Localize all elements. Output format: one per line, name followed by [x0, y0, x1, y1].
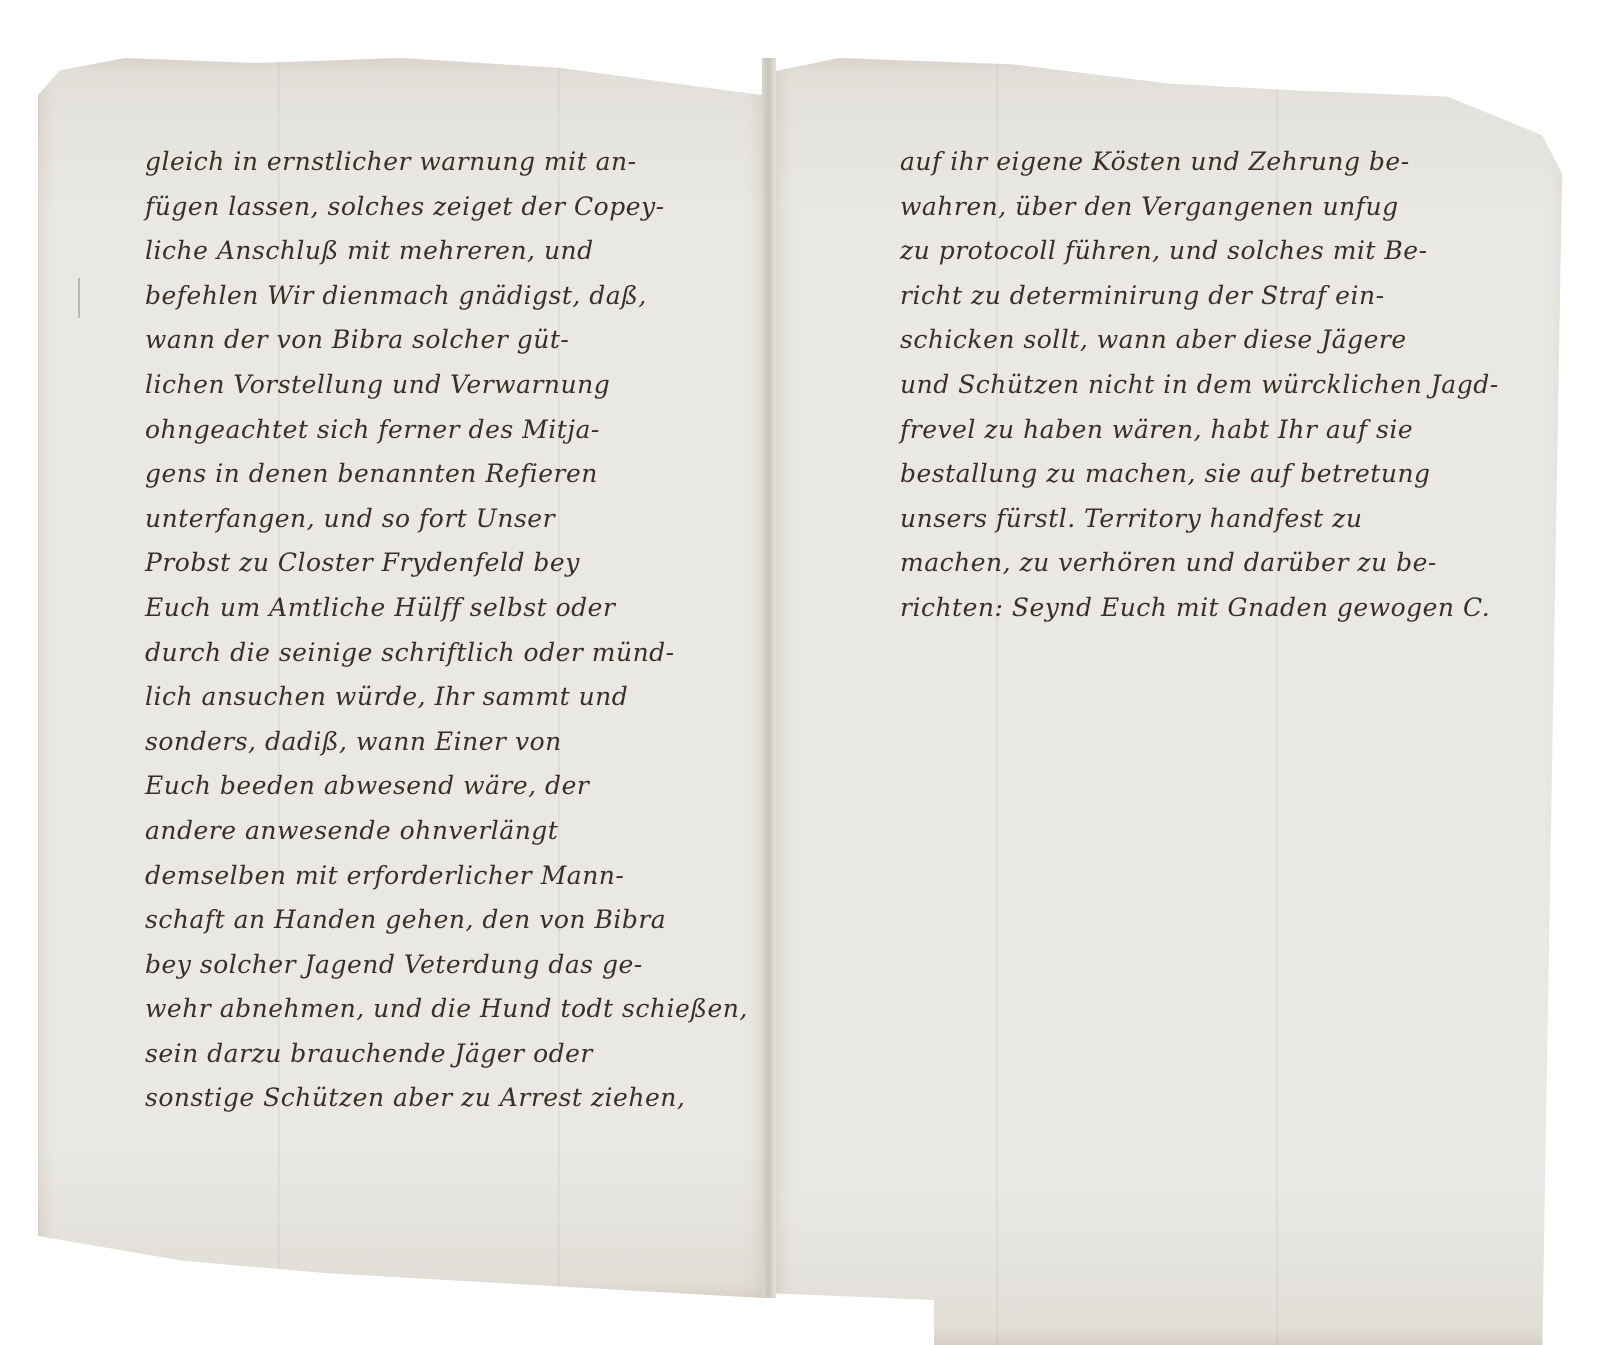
manuscript-line: Euch beeden abwesend wäre, der [145, 764, 755, 809]
manuscript-line: ohngeachtet sich ferner des Mitja- [145, 408, 755, 453]
manuscript-line: zu protocoll führen, und solches mit Be- [900, 229, 1530, 274]
right-page-text: auf ihr eigene Kösten und Zehrung be- wa… [900, 140, 1530, 631]
manuscript-line: wahren, über den Vergangenen unfug [900, 185, 1530, 230]
manuscript-line: sein darzu brauchende Jäger oder [145, 1032, 755, 1077]
manuscript-line: richten: Seynd Euch mit Gnaden gewogen C… [900, 586, 1530, 631]
manuscript-line: wann der von Bibra solcher güt- [145, 318, 755, 363]
manuscript-line: befehlen Wir dienmach gnädigst, daß, [145, 274, 755, 319]
manuscript-line: frevel zu haben wären, habt Ihr auf sie [900, 408, 1530, 453]
manuscript-line: Probst zu Closter Frydenfeld bey [145, 541, 755, 586]
manuscript-line: lich ansuchen würde, Ihr sammt und [145, 675, 755, 720]
manuscript-line: machen, zu verhören und darüber zu be- [900, 541, 1530, 586]
manuscript-line: bestallung zu machen, sie auf betretung [900, 452, 1530, 497]
manuscript-line: demselben mit erforderlicher Mann- [145, 854, 755, 899]
manuscript-line: auf ihr eigene Kösten und Zehrung be- [900, 140, 1530, 185]
manuscript-line: andere anwesende ohnverlängt [145, 809, 755, 854]
margin-mark [78, 278, 80, 318]
manuscript-line: richt zu determinirung der Straf ein- [900, 274, 1530, 319]
manuscript-line: gens in denen benannten Refieren [145, 452, 755, 497]
manuscript-line: sonstige Schützen aber zu Arrest ziehen, [145, 1076, 755, 1121]
manuscript-line: gleich in ernstlicher warnung mit an- [145, 140, 755, 185]
manuscript-line: bey solcher Jagend Veterdung das ge- [145, 943, 755, 988]
manuscript-line: fügen lassen, solches zeiget der Copey- [145, 185, 755, 230]
left-page-text: gleich in ernstlicher warnung mit an- fü… [145, 140, 755, 1121]
manuscript-line: und Schützen nicht in dem würcklichen Ja… [900, 363, 1530, 408]
manuscript-line: wehr abnehmen, und die Hund todt schieße… [145, 987, 755, 1032]
manuscript-line: lichen Vorstellung und Verwarnung [145, 363, 755, 408]
manuscript-line: sonders, dadiß, wann Einer von [145, 720, 755, 765]
manuscript-line: unterfangen, und so fort Unser [145, 497, 755, 542]
manuscript-line: unsers fürstl. Territory handfest zu [900, 497, 1530, 542]
center-fold [762, 58, 776, 1298]
manuscript-line: liche Anschluß mit mehreren, und [145, 229, 755, 274]
manuscript-line: schicken sollt, wann aber diese Jägere [900, 318, 1530, 363]
manuscript-line: schaft an Handen gehen, den von Bibra [145, 898, 755, 943]
manuscript-line: durch die seinige schriftlich oder münd- [145, 631, 755, 676]
manuscript-line: Euch um Amtliche Hülff selbst oder [145, 586, 755, 631]
